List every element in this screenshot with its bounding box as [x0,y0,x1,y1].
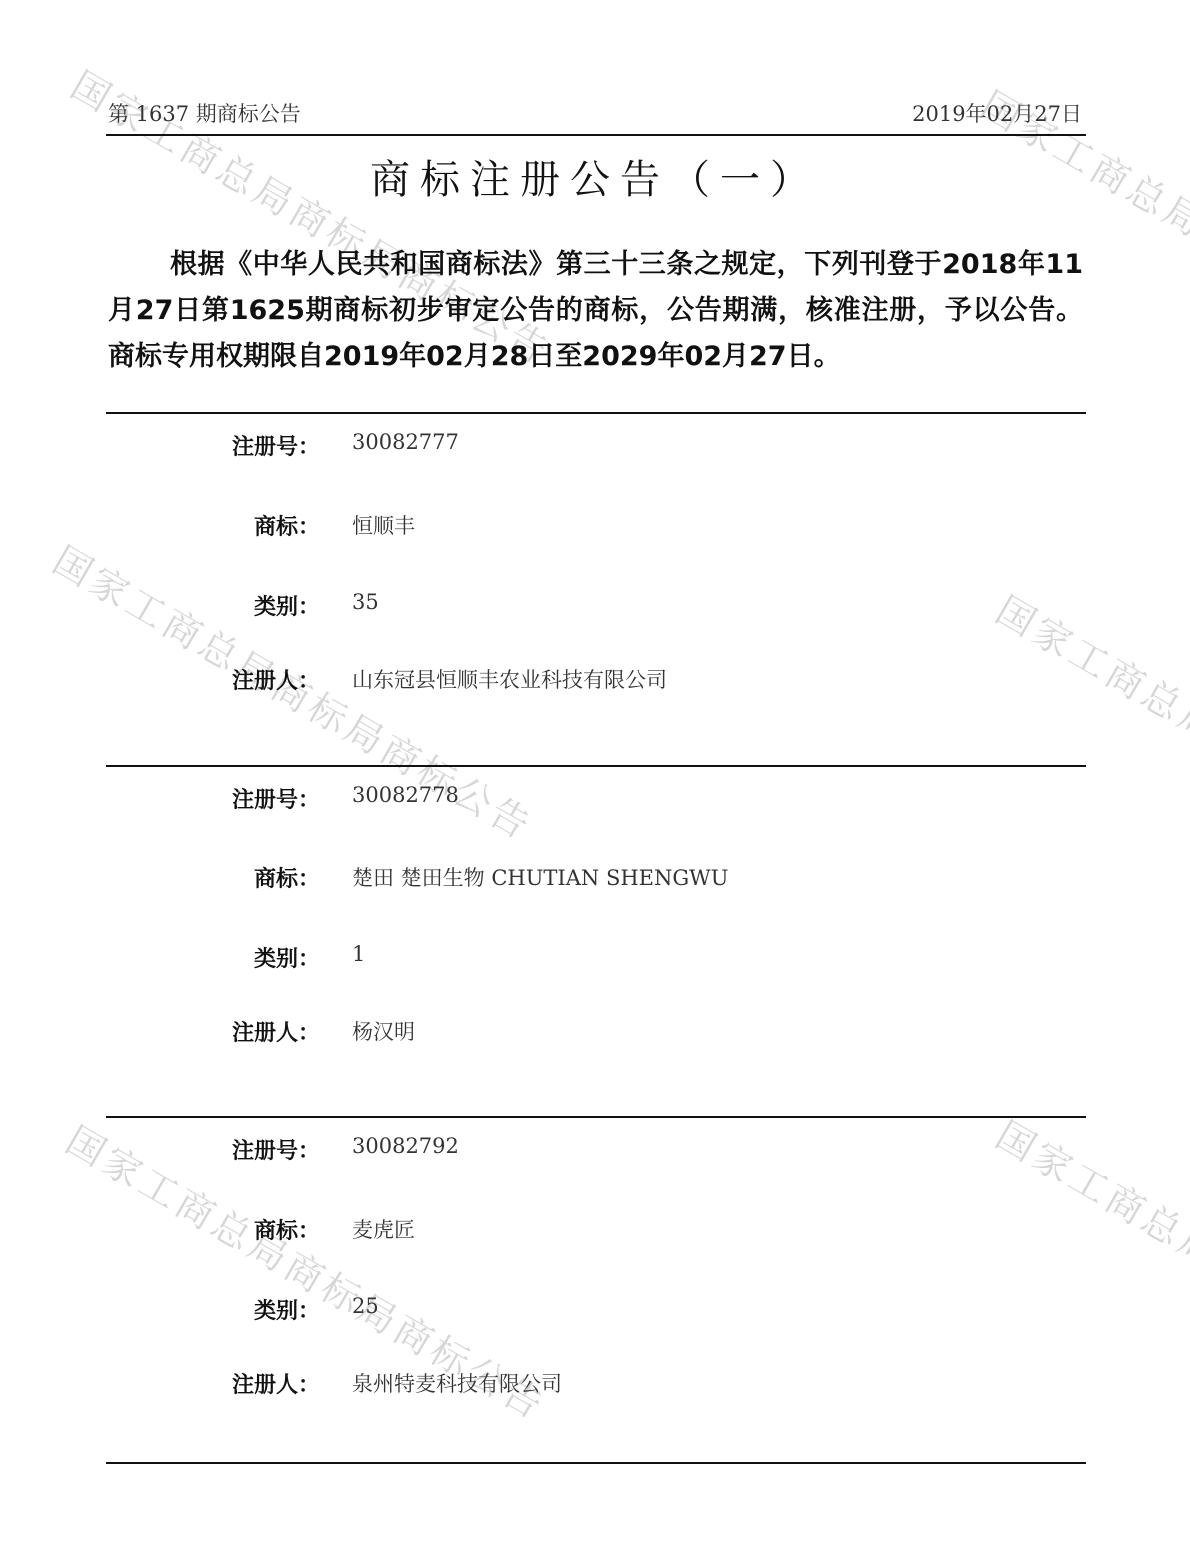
section-divider [106,1116,1086,1118]
reg-no-value: 30082778 [352,783,459,807]
section-divider [106,1462,1086,1464]
class-label: 类别： [254,942,320,973]
page-title: 商标注册公告（一） [0,148,1190,205]
registrant-label: 注册人： [232,1368,320,1399]
header-divider [106,134,1086,136]
section-divider [106,412,1086,414]
reg-no-label: 注册号： [232,430,320,461]
registrant-value: 杨汉明 [352,1016,415,1046]
reg-no-label: 注册号： [232,783,320,814]
registrant-label: 注册人： [232,664,320,695]
registrant-value: 山东冠县恒顺丰农业科技有限公司 [352,664,667,694]
mark-value: 麦虎匠 [352,1214,415,1244]
mark-label: 商标： [254,862,320,893]
intro-paragraph: 根据《中华人民共和国商标法》第三十三条之规定，下列刊登于2018年11月27日第… [108,242,1083,380]
mark-value: 恒顺丰 [352,510,415,540]
class-value: 35 [352,590,379,614]
class-value: 1 [352,942,365,966]
mark-label: 商标： [254,1214,320,1245]
issue-number: 第 1637 期商标公告 [108,98,301,128]
class-label: 类别： [254,590,320,621]
mark-label: 商标： [254,510,320,541]
registrant-value: 泉州特麦科技有限公司 [352,1368,562,1398]
mark-value: 楚田 楚田生物 CHUTIAN SHENGWU [352,862,728,892]
registrant-label: 注册人： [232,1016,320,1047]
class-value: 25 [352,1294,379,1318]
reg-no-value: 30082777 [352,430,459,454]
section-divider [106,765,1086,767]
issue-date: 2019年02月27日 [912,98,1082,128]
reg-no-label: 注册号： [232,1134,320,1165]
reg-no-value: 30082792 [352,1134,459,1158]
class-label: 类别： [254,1294,320,1325]
